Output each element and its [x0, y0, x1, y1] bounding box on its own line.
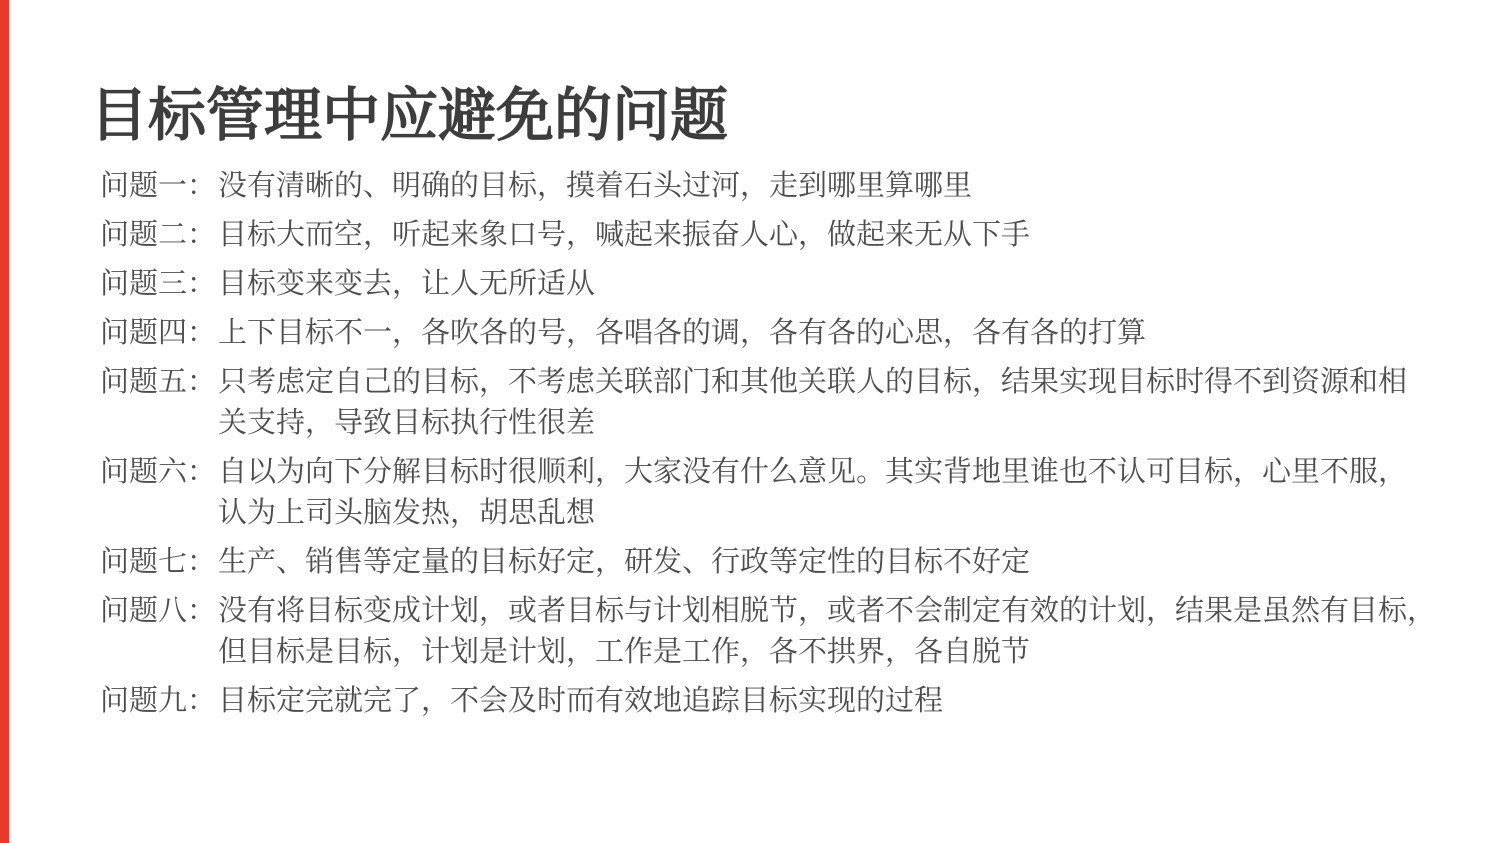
problem-label: 问题九： [100, 681, 218, 722]
problem-label: 问题二： [100, 215, 218, 256]
problem-label: 问题五： [100, 362, 218, 403]
problem-text: 生产、销售等定量的目标好定，研发、行政等定性的目标不好定 [218, 542, 1460, 583]
problem-label: 问题三： [100, 264, 218, 305]
problem-row: 问题六： 自以为向下分解目标时很顺利，大家没有什么意见。其实背地里谁也不认可目标… [100, 452, 1460, 534]
problem-label: 问题八： [100, 591, 218, 632]
left-accent-bar [0, 0, 9, 843]
problem-text: 上下目标不一，各吹各的号，各唱各的调，各有各的心思，各有各的打算 [218, 313, 1460, 354]
problem-label: 问题七： [100, 542, 218, 583]
problem-row: 问题三： 目标变来变去，让人无所适从 [100, 264, 1460, 305]
slide-title: 目标管理中应避免的问题 [90, 81, 728, 151]
problem-row: 问题九： 目标定完就完了，不会及时而有效地追踪目标实现的过程 [100, 681, 1460, 722]
problem-row: 问题八： 没有将目标变成计划，或者目标与计划相脱节，或者不会制定有效的计划，结果… [100, 591, 1460, 673]
problem-text: 目标大而空，听起来象口号，喊起来振奋人心，做起来无从下手 [218, 215, 1460, 256]
problem-label: 问题四： [100, 313, 218, 354]
problem-row: 问题四： 上下目标不一，各吹各的号，各唱各的调，各有各的心思，各有各的打算 [100, 313, 1460, 354]
problem-text: 目标变来变去，让人无所适从 [218, 264, 1460, 305]
problem-label: 问题一： [100, 166, 218, 207]
slide: 目标管理中应避免的问题 问题一： 没有清晰的、明确的目标，摸着石头过河，走到哪里… [0, 0, 1500, 843]
problem-text: 没有将目标变成计划，或者目标与计划相脱节，或者不会制定有效的计划，结果是虽然有目… [218, 591, 1460, 673]
problem-list: 问题一： 没有清晰的、明确的目标，摸着石头过河，走到哪里算哪里 问题二： 目标大… [100, 166, 1460, 730]
problem-text: 没有清晰的、明确的目标，摸着石头过河，走到哪里算哪里 [218, 166, 1460, 207]
problem-row: 问题二： 目标大而空，听起来象口号，喊起来振奋人心，做起来无从下手 [100, 215, 1460, 256]
problem-text: 自以为向下分解目标时很顺利，大家没有什么意见。其实背地里谁也不认可目标，心里不服… [218, 452, 1460, 534]
problem-row: 问题七： 生产、销售等定量的目标好定，研发、行政等定性的目标不好定 [100, 542, 1460, 583]
problem-text: 只考虑定自己的目标，不考虑关联部门和其他关联人的目标，结果实现目标时得不到资源和… [218, 362, 1460, 444]
problem-text: 目标定完就完了，不会及时而有效地追踪目标实现的过程 [218, 681, 1460, 722]
problem-label: 问题六： [100, 452, 218, 493]
problem-row: 问题一： 没有清晰的、明确的目标，摸着石头过河，走到哪里算哪里 [100, 166, 1460, 207]
problem-row: 问题五： 只考虑定自己的目标，不考虑关联部门和其他关联人的目标，结果实现目标时得… [100, 362, 1460, 444]
